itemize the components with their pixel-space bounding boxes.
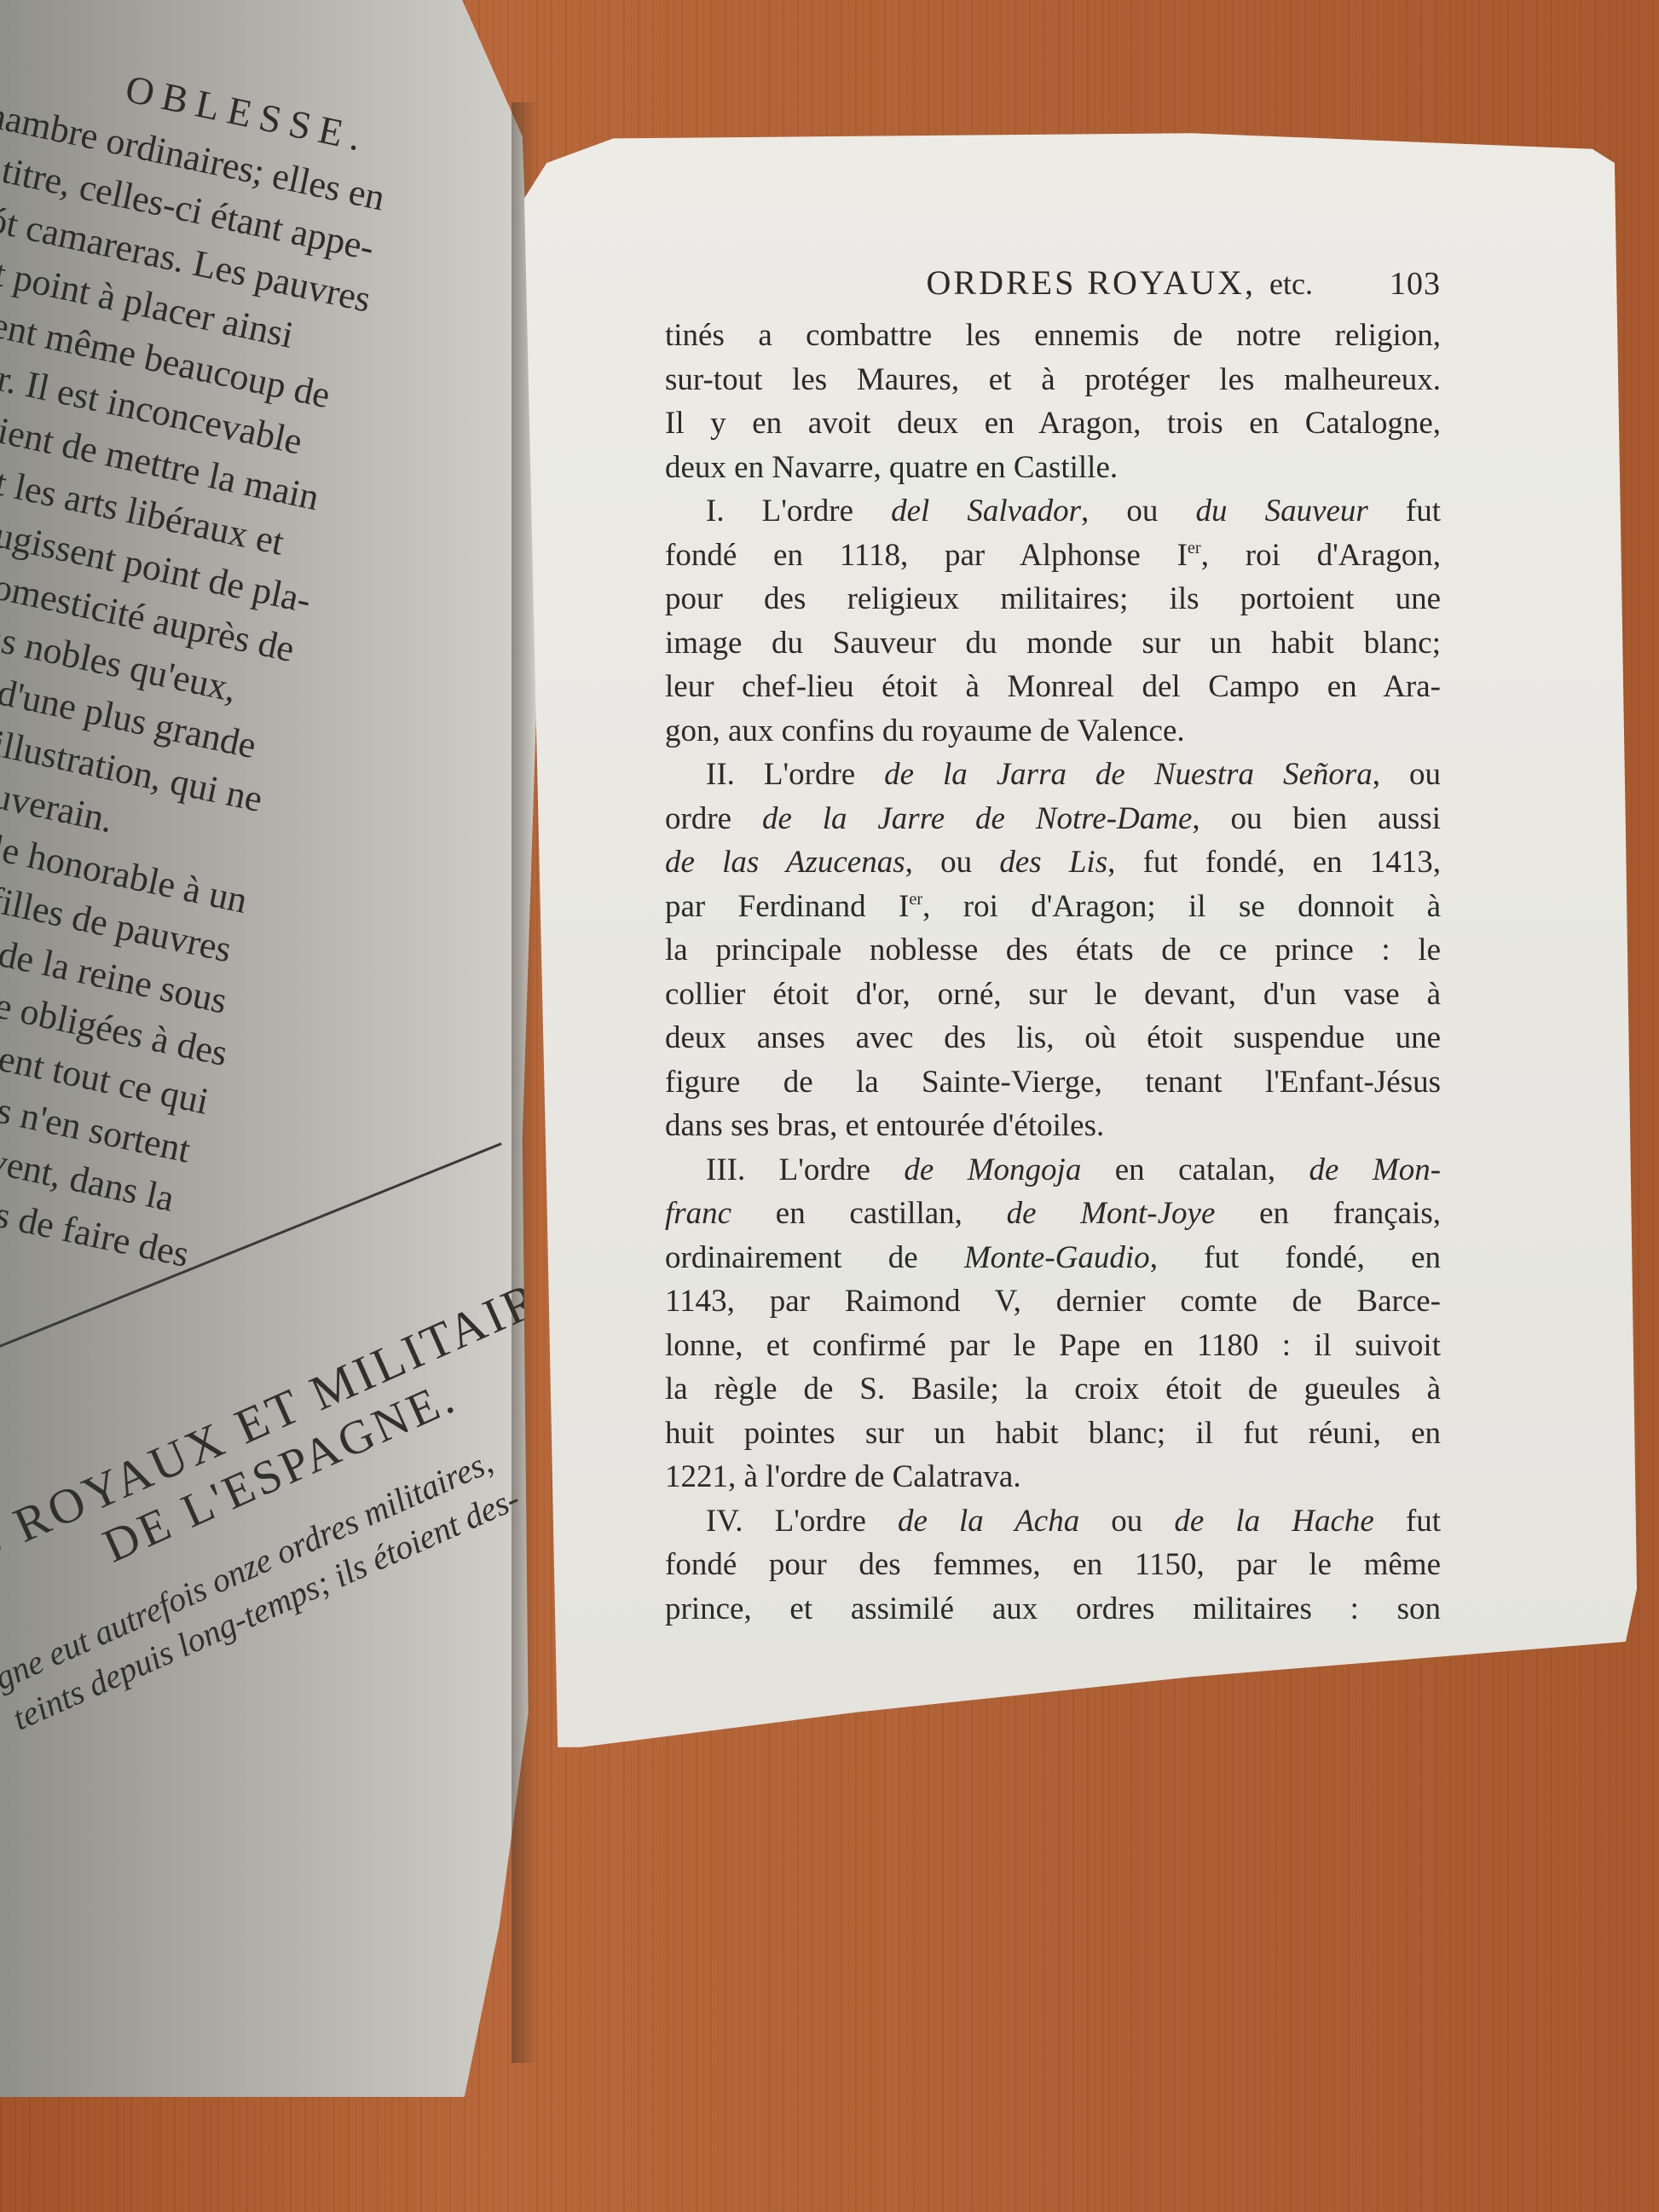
text-run: en castillan, (731, 1196, 1006, 1231)
italic-term: de la Acha (898, 1504, 1079, 1539)
body-text-line: Il y en avoit deux en Aragon, trois en C… (665, 401, 1441, 446)
italic-term: de Mon- (1309, 1152, 1441, 1187)
text-run: ou (1079, 1504, 1174, 1539)
text-run: fut (1368, 494, 1441, 528)
text-run: la principale noblesse des états de ce p… (665, 933, 1441, 967)
body-text-line: deux en Navarre, quatre en Castille. (665, 446, 1441, 490)
body-text-line: dans ses bras, et entourée d'étoiles. (665, 1104, 1441, 1148)
italic-term: franc (665, 1196, 731, 1231)
italic-term: Monte-Gaudio (964, 1240, 1150, 1275)
body-text-line: la règle de S. Basile; la croix étoit de… (665, 1367, 1441, 1412)
body-text-line: pour des religieux militaires; ils porto… (665, 577, 1441, 621)
paragraph-start-line: III. L'ordre de Mongoja en catalan, de M… (665, 1148, 1441, 1193)
body-text-line: de las Azucenas, ou des Lis, fut fondé, … (665, 840, 1441, 885)
italic-term: de Mongoja (904, 1152, 1081, 1187)
text-run: tinés a combattre les ennemis de notre r… (665, 318, 1441, 353)
italic-term: de las Azucenas (665, 845, 905, 880)
body-text-line: deux anses avec des lis, où étoit suspen… (665, 1016, 1441, 1060)
italic-term: des Lis (999, 845, 1107, 880)
text-run: pour des religieux militaires; ils porto… (665, 581, 1441, 616)
text-run: ordinairement de (665, 1240, 964, 1275)
text-run: prince, et assimilé aux ordres militaire… (665, 1591, 1441, 1626)
text-run: deux anses avec des lis, où étoit suspen… (665, 1020, 1441, 1055)
text-run: sur-tout les Maures, et à protéger les m… (665, 362, 1441, 397)
text-run: IV. L'ordre (706, 1504, 898, 1539)
superscript: er (909, 889, 922, 908)
text-run: , fut fondé, en (1150, 1240, 1441, 1275)
body-text-line: ordinairement de Monte-Gaudio, fut fondé… (665, 1236, 1441, 1280)
italic-term: de la Jarre de Notre-Dame (762, 801, 1192, 836)
italic-term: de la Hache (1174, 1504, 1373, 1539)
body-text-line: sur-tout les Maures, et à protéger les m… (665, 358, 1441, 402)
text-run: image du Sauveur du monde sur un habit b… (665, 626, 1441, 661)
body-text-line: lonne, et confirmé par le Pape en 1180 :… (665, 1324, 1441, 1368)
body-text-line: image du Sauveur du monde sur un habit b… (665, 621, 1441, 666)
text-run: , ou (905, 845, 1000, 880)
text-run: ordre (665, 801, 762, 836)
text-run: III. L'ordre (706, 1152, 904, 1187)
text-run: , fut fondé, en 1413, (1107, 845, 1441, 880)
italic-term: de Mont-Joye (1007, 1196, 1216, 1231)
page-number: 103 (1390, 265, 1441, 303)
text-run: fut (1374, 1504, 1441, 1539)
paragraph-start-line: IV. L'ordre de la Acha ou de la Hache fu… (665, 1499, 1441, 1544)
body-text-line: franc en castillan, de Mont-Joye en fran… (665, 1192, 1441, 1236)
running-head-title: ORDRES ROYAUX, (927, 263, 1257, 303)
body-text-line: tinés a combattre les ennemis de notre r… (665, 314, 1441, 358)
text-run: en français, (1215, 1196, 1441, 1231)
text-run: Il y en avoit deux en Aragon, trois en C… (665, 406, 1441, 441)
text-run: fondé pour des femmes, en 1150, par le m… (665, 1547, 1441, 1582)
body-text-line: par Ferdinand Ier, roi d'Aragon; il se d… (665, 885, 1441, 929)
text-run: I. L'ordre (706, 494, 891, 528)
body-text-line: 1143, par Raimond V, dernier comte de Ba… (665, 1279, 1441, 1324)
left-page-lines: s-de-chambre ordinaires; elles ens par l… (0, 71, 504, 1349)
text-run: , ou (1373, 757, 1441, 792)
text-run: figure de la Sainte-Vierge, tenant l'Enf… (665, 1065, 1441, 1100)
text-run: , ou (1081, 494, 1195, 528)
text-run: en catalan, (1081, 1152, 1309, 1187)
left-section-heading-block: ES ROYAUX ET MILITAIRES DE L'ESPAGNE. gn… (0, 1271, 546, 1741)
left-page-text-block: OBLESSE. s-de-chambre ordinaires; elles … (0, 17, 515, 1349)
body-text-line: collier étoit d'or, orné, sur le devant,… (665, 973, 1441, 1017)
body-text-line: leur chef-lieu étoit à Monreal del Campo… (665, 665, 1441, 709)
text-run: fondé en 1118, par Alphonse Ier, roi d'A… (665, 538, 1441, 573)
superscript: er (1188, 538, 1201, 557)
body-text-line: fondé en 1118, par Alphonse Ier, roi d'A… (665, 534, 1441, 578)
text-run: gon, aux confins du royaume de Valence. (665, 713, 1185, 748)
text-run: 1221, à l'ordre de Calatrava. (665, 1459, 1021, 1494)
text-run: leur chef-lieu étoit à Monreal del Campo… (665, 669, 1441, 704)
paragraph-start-line: I. L'ordre del Salvador, ou du Sauveur f… (665, 489, 1441, 534)
italic-term: de la Jarra de Nuestra Señora (884, 757, 1373, 792)
running-head-etc: etc. (1269, 266, 1313, 302)
right-page-body: tinés a combattre les ennemis de notre r… (665, 314, 1441, 1631)
text-run: , ou bien aussi (1192, 801, 1441, 836)
italic-term: del Salvador (891, 494, 1081, 528)
body-text-line: 1221, à l'ordre de Calatrava. (665, 1455, 1441, 1499)
body-text-line: figure de la Sainte-Vierge, tenant l'Enf… (665, 1060, 1441, 1105)
text-run: II. L'ordre (706, 757, 884, 792)
text-run: lonne, et confirmé par le Pape en 1180 :… (665, 1328, 1441, 1363)
body-text-line: prince, et assimilé aux ordres militaire… (665, 1587, 1441, 1632)
body-text-line: huit pointes sur un habit blanc; il fut … (665, 1412, 1441, 1456)
paragraph-start-line: II. L'ordre de la Jarra de Nuestra Señor… (665, 753, 1441, 797)
text-run: deux en Navarre, quatre en Castille. (665, 450, 1118, 485)
body-text-line: ordre de la Jarre de Notre-Dame, ou bien… (665, 797, 1441, 841)
text-run: collier étoit d'or, orné, sur le devant,… (665, 977, 1441, 1012)
text-run: la règle de S. Basile; la croix étoit de… (665, 1372, 1441, 1406)
body-text-line: fondé pour des femmes, en 1150, par le m… (665, 1543, 1441, 1587)
left-book-page: OBLESSE. s-de-chambre ordinaires; elles … (0, 0, 546, 2097)
italic-term: du Sauveur (1195, 494, 1367, 528)
text-run: par Ferdinand Ier, roi d'Aragon; il se d… (665, 889, 1441, 924)
body-text-line: la principale noblesse des états de ce p… (665, 928, 1441, 973)
text-run: 1143, par Raimond V, dernier comte de Ba… (665, 1284, 1441, 1319)
right-page-text-block: ORDRES ROYAUX, etc. 103 tinés a combattr… (665, 263, 1441, 1631)
running-head: ORDRES ROYAUX, etc. 103 (665, 263, 1441, 310)
text-run: dans ses bras, et entourée d'étoiles. (665, 1108, 1104, 1143)
text-run: huit pointes sur un habit blanc; il fut … (665, 1416, 1441, 1451)
body-text-line: gon, aux confins du royaume de Valence. (665, 709, 1441, 754)
